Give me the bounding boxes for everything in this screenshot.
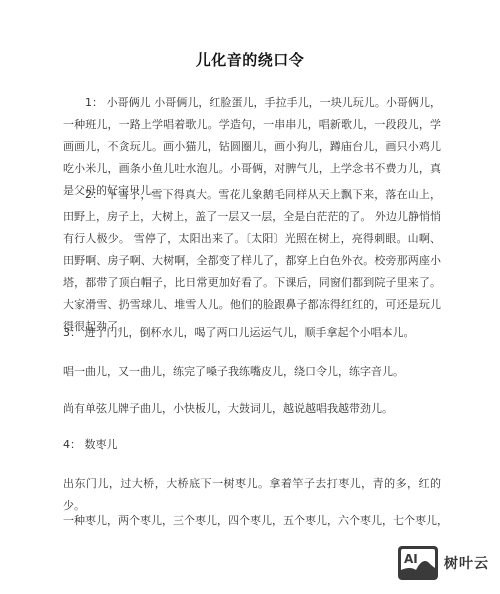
paragraph-tongue-twister-3: 3： 进了门儿，倒杯水儿，喝了两口儿运运气儿，顺手拿起个小唱本儿。 xyxy=(63,322,441,344)
paragraph-tongue-twister-4-line-2: 一种枣儿，两个枣儿，三个枣儿，四个枣儿，五个枣儿，六个枣儿，七个枣儿，八个 xyxy=(63,510,441,532)
ai-image-logo-icon: AI xyxy=(398,546,438,580)
document-title: 儿化音的绕口令 xyxy=(0,49,500,70)
svg-text:AI: AI xyxy=(404,552,418,566)
watermark-brand: 树叶云 xyxy=(444,553,489,573)
document-page: 儿化音的绕口令 1： 小哥俩儿 小哥俩儿，红脸蛋儿，手拉手儿，一块儿玩儿。小哥俩… xyxy=(0,0,500,594)
paragraph-tongue-twister-3-line-3: 尚有单弦儿牌子曲儿，小快板儿，大鼓词儿，越说越唱我越带劲儿。 xyxy=(63,398,441,420)
watermark: AI 树叶云 xyxy=(398,546,489,580)
paragraph-tongue-twister-4-heading: 4： 数枣儿 xyxy=(63,434,441,456)
paragraph-tongue-twister-3-line-2: 唱一曲儿，又一曲儿，练完了嗓子我练嘴皮儿，绕口令儿，练字音儿。 xyxy=(63,361,441,383)
paragraph-tongue-twister-2: 2： 下雪了，雪下得真大。雪花儿象鹅毛同样从天上飘下来，落在山上，田野上，房子上… xyxy=(63,184,441,338)
